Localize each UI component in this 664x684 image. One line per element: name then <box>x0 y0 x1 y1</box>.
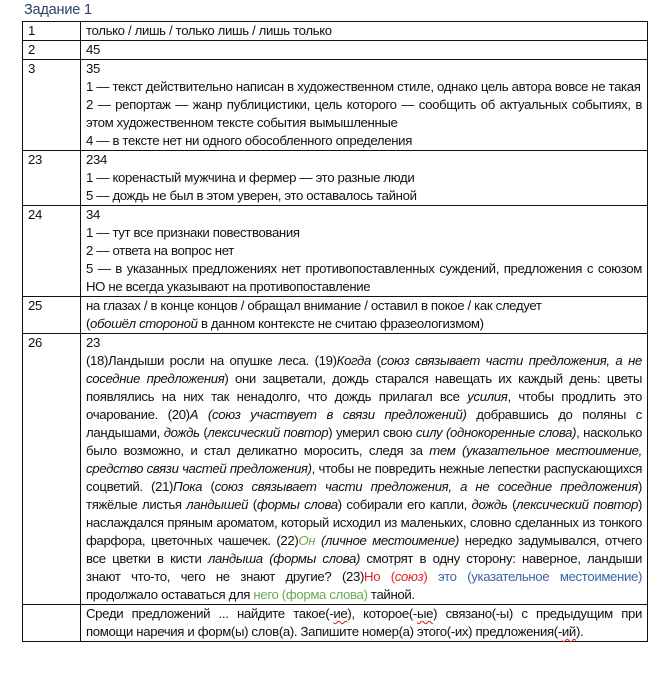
task-number <box>23 605 81 642</box>
answer-cell: 234 1 — коренастый мужчина и фермер — эт… <box>81 151 648 206</box>
task-cell: Среди предложений ... найдите такое(-ие)… <box>81 605 648 642</box>
answer-text: на глазах / в конце концов / обращал вни… <box>86 297 642 315</box>
answer-text: 23 <box>86 334 642 352</box>
table-row: 2 45 <box>23 41 648 60</box>
pronoun-highlight: Он <box>298 533 315 548</box>
task-number: 25 <box>23 297 81 334</box>
idiom-italic: обошёл стороной <box>90 316 198 331</box>
task-number: 24 <box>23 206 81 297</box>
word-form-highlight: него (форма слова) <box>253 587 367 602</box>
answer-text: 45 <box>86 41 642 59</box>
conjunction-highlight: Но ( <box>364 569 395 584</box>
task-text: Среди предложений ... найдите такое(-ие)… <box>86 605 642 641</box>
task-number: 1 <box>23 22 81 41</box>
answer-text: 234 <box>86 151 642 169</box>
answer-cell: 35 1 — текст действительно написан в худ… <box>81 60 648 151</box>
table-row: 24 34 1 — тут все признаки повествования… <box>23 206 648 297</box>
answer-cell: на глазах / в конце концов / обращал вни… <box>81 297 648 334</box>
explanation-line: 1 — тут все признаки повествования <box>86 224 642 242</box>
answers-table: 1 только / лишь / только лишь / лишь тол… <box>22 21 648 642</box>
spellcheck-mark: ие <box>333 606 347 621</box>
table-row: 23 234 1 — коренастый мужчина и фермер —… <box>23 151 648 206</box>
answer-cell: только / лишь / только лишь / лишь тольк… <box>81 22 648 41</box>
table-row: Среди предложений ... найдите такое(-ие)… <box>23 605 648 642</box>
table-row: 3 35 1 — текст действительно написан в х… <box>23 60 648 151</box>
explanation-line: 4 — в тексте нет ни одного обособленного… <box>86 132 642 150</box>
task-number: 23 <box>23 151 81 206</box>
explanation-line: 5 — дождь не был в этом уверен, это оста… <box>86 187 642 205</box>
annotated-text: (18)Ландыши росли на опушке леса. (19)Ко… <box>86 352 642 604</box>
task-number: 26 <box>23 334 81 605</box>
pronoun-highlight: это (указательное местоимение) <box>427 569 642 584</box>
explanation-line: 1 — текст действительно написан в художе… <box>86 78 642 96</box>
table-row: 26 23 (18)Ландыши росли на опушке леса. … <box>23 334 648 605</box>
explanation-line: 5 — в указанных предложениях нет противо… <box>86 260 642 296</box>
answer-text: только / лишь / только лишь / лишь тольк… <box>86 22 642 40</box>
spellcheck-mark: ые <box>417 606 433 621</box>
explanation-line: 2 — ответа на вопрос нет <box>86 242 642 260</box>
explanation-line: 1 — коренастый мужчина и фермер — это ра… <box>86 169 642 187</box>
spellcheck-mark: ий <box>562 624 576 639</box>
document-title: Задание 1 <box>24 2 92 18</box>
table-row: 1 только / лишь / только лишь / лишь тол… <box>23 22 648 41</box>
task-number: 2 <box>23 41 81 60</box>
answer-text: 34 <box>86 206 642 224</box>
answer-note: (обошёл стороной в данном контексте не с… <box>86 315 642 333</box>
answer-cell: 23 (18)Ландыши росли на опушке леса. (19… <box>81 334 648 605</box>
explanation-line: 2 — репортаж — жанр публицистики, цель к… <box>86 96 642 132</box>
table-row: 25 на глазах / в конце концов / обращал … <box>23 297 648 334</box>
task-number: 3 <box>23 60 81 151</box>
answer-cell: 45 <box>81 41 648 60</box>
answer-cell: 34 1 — тут все признаки повествования 2 … <box>81 206 648 297</box>
answer-text: 35 <box>86 60 642 78</box>
